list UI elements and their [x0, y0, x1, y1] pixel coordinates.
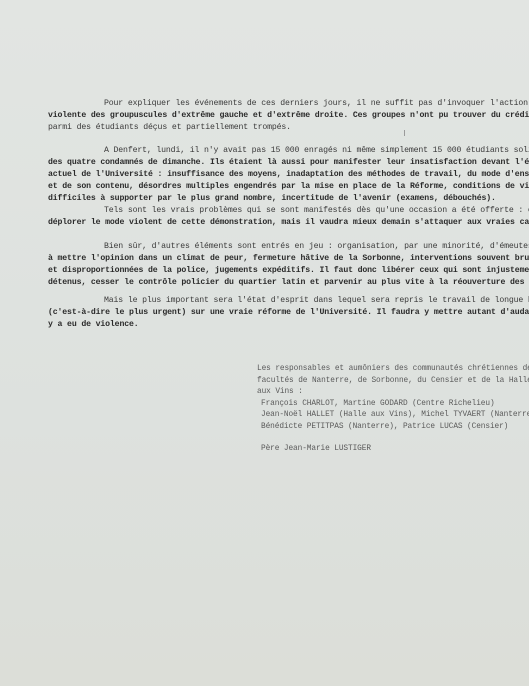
text-line: parmi des étudiants déçus et partielleme…: [48, 122, 508, 134]
text-line: A Denfert, lundi, il n'y avait pas 15 00…: [48, 145, 508, 157]
priest-name: Père Jean-Marie LUSTIGER: [257, 444, 517, 456]
signature-intro-line: aux Vins :: [257, 387, 517, 399]
priest-signature: Père Jean-Marie LUSTIGER: [257, 444, 517, 456]
paragraph-2: A Denfert, lundi, il n'y avait pas 15 00…: [48, 145, 508, 205]
text-line: (c'est-à-dire le plus urgent) sur une vr…: [48, 307, 508, 319]
text-line: Tels sont les vrais problèmes qui se son…: [48, 205, 508, 217]
text-line: violente des groupuscules d'extrême gauc…: [48, 110, 508, 122]
stray-mark: [404, 130, 405, 136]
signature-block: Les responsables et aumôniers des commun…: [257, 364, 517, 433]
signature-intro-line: Les responsables et aumôniers des commun…: [257, 364, 517, 376]
paragraph-1: Pour expliquer les événements de ces der…: [48, 98, 508, 134]
text-line: Pour expliquer les événements de ces der…: [48, 98, 508, 110]
text-line: détenus, cesser le contrôle policier du …: [48, 277, 508, 289]
signature-names-line: Bénédicte PETITPAS (Nanterre), Patrice L…: [257, 422, 517, 434]
text-line: difficiles à supporter par le plus grand…: [48, 193, 508, 205]
text-line: y a eu de violence.: [48, 319, 508, 331]
paragraph-4: Bien sûr, d'autres éléments sont entrés …: [48, 241, 508, 289]
text-line: Mais le plus important sera l'état d'esp…: [48, 295, 508, 307]
paragraph-5: Mais le plus important sera l'état d'esp…: [48, 295, 508, 331]
document-page: Pour expliquer les événements de ces der…: [0, 0, 529, 686]
text-line: Bien sûr, d'autres éléments sont entrés …: [48, 241, 508, 253]
text-line: et disproportionnées de la police, jugem…: [48, 265, 508, 277]
signature-names-line: François CHARLOT, Martine GODARD (Centre…: [257, 399, 517, 411]
text-line: à mettre l'opinion dans un climat de peu…: [48, 253, 508, 265]
text-line: actuel de l'Université : insuffisance de…: [48, 169, 508, 181]
text-line: déplorer le mode violent de cette démons…: [48, 217, 508, 229]
text-line: des quatre condamnés de dimanche. Ils ét…: [48, 157, 508, 169]
paragraph-3: Tels sont les vrais problèmes qui se son…: [48, 205, 508, 229]
signature-names-line: Jean-Noël HALLET (Halle aux Vins), Miche…: [257, 410, 517, 422]
text-line: et de son contenu, désordres multiples e…: [48, 181, 508, 193]
signature-intro-line: facultés de Nanterre, de Sorbonne, du Ce…: [257, 376, 517, 388]
